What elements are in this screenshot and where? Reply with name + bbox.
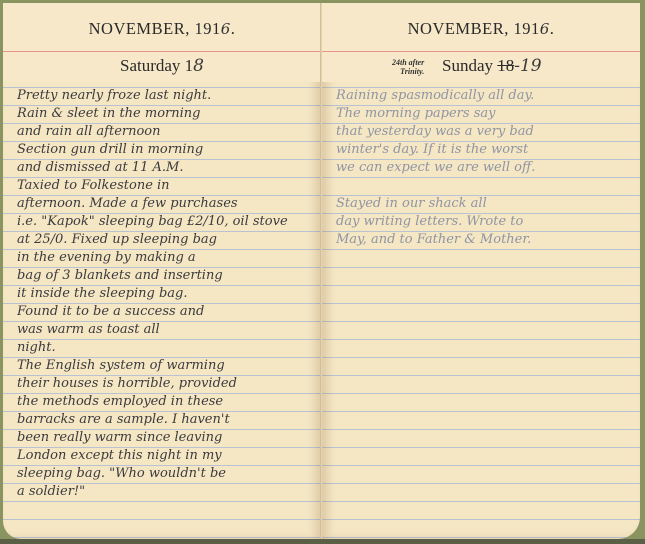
month-header: NOVEMBER, 1916. [3, 19, 321, 39]
entry-line: was warm as toast all [17, 321, 313, 339]
entry-line: Rain & sleet in the morning [17, 105, 313, 123]
entry-line: and rain all afternoon [17, 123, 313, 141]
diary-spread: NOVEMBER, 1916. Saturday 18 Pretty nearl… [0, 0, 645, 544]
entry-line: the methods employed in these [17, 393, 313, 411]
entry-line: that yesterday was a very bad [336, 123, 632, 141]
entry-line: and dismissed at 11 A.M. [17, 159, 313, 177]
entry-line: Raining spasmodically all day. [336, 87, 632, 105]
entry-line: The morning papers say [336, 105, 632, 123]
entry-line: Pretty nearly froze last night. [17, 87, 313, 105]
day-printed: 18 [497, 56, 514, 75]
day-correction: 8 [193, 56, 204, 76]
entry-line: London except this night in my [17, 447, 313, 465]
left-page: NOVEMBER, 1916. Saturday 18 Pretty nearl… [3, 3, 321, 539]
right-page: NOVEMBER, 1916. 24th after Trinity. Sund… [322, 3, 640, 539]
entry-line: night. [17, 339, 313, 357]
entry-line: it inside the sleeping bag. [17, 285, 313, 303]
entry-line: May, and to Father & Mother. [336, 231, 632, 249]
entry-line: Taxied to Folkestone in [17, 177, 313, 195]
entry-line: a soldier!" [17, 483, 313, 501]
entry-line: The English system of warming [17, 357, 313, 375]
day-heading: Saturday 18 [3, 56, 321, 76]
year-correction: 6 [540, 20, 550, 38]
entry-line: Stayed in our shack all [336, 195, 632, 213]
liturgical-note: 24th after Trinity. [392, 58, 424, 76]
entry-line: in the evening by making a [17, 249, 313, 267]
entry-line: their houses is horrible, provided [17, 375, 313, 393]
entry-line: sleeping bag. "Who wouldn't be [17, 465, 313, 483]
entry-line [336, 177, 632, 195]
entry-line: Found it to be a success and [17, 303, 313, 321]
diary-entry: Raining spasmodically all day. The morni… [336, 87, 632, 249]
entry-line: bag of 3 blankets and inserting [17, 267, 313, 285]
diary-entry: Pretty nearly froze last night. Rain & s… [17, 87, 313, 501]
day-heading: Sunday 18-19 [442, 56, 542, 76]
day-correction: -19 [514, 56, 541, 76]
entry-line: winter's day. If it is the worst [336, 141, 632, 159]
month-header: NOVEMBER, 1916. [322, 19, 640, 39]
entry-line: at 25/0. Fixed up sleeping bag [17, 231, 313, 249]
entry-line: afternoon. Made a few purchases [17, 195, 313, 213]
entry-line: we can expect we are well off. [336, 159, 632, 177]
entry-line: been really warm since leaving [17, 429, 313, 447]
entry-line: i.e. "Kapok" sleeping bag £2/10, oil sto… [17, 213, 313, 231]
entry-line: barracks are a sample. I haven't [17, 411, 313, 429]
entry-line: Section gun drill in morning [17, 141, 313, 159]
year-correction: 6 [221, 20, 231, 38]
entry-line: day writing letters. Wrote to [336, 213, 632, 231]
book-edge [0, 539, 645, 544]
